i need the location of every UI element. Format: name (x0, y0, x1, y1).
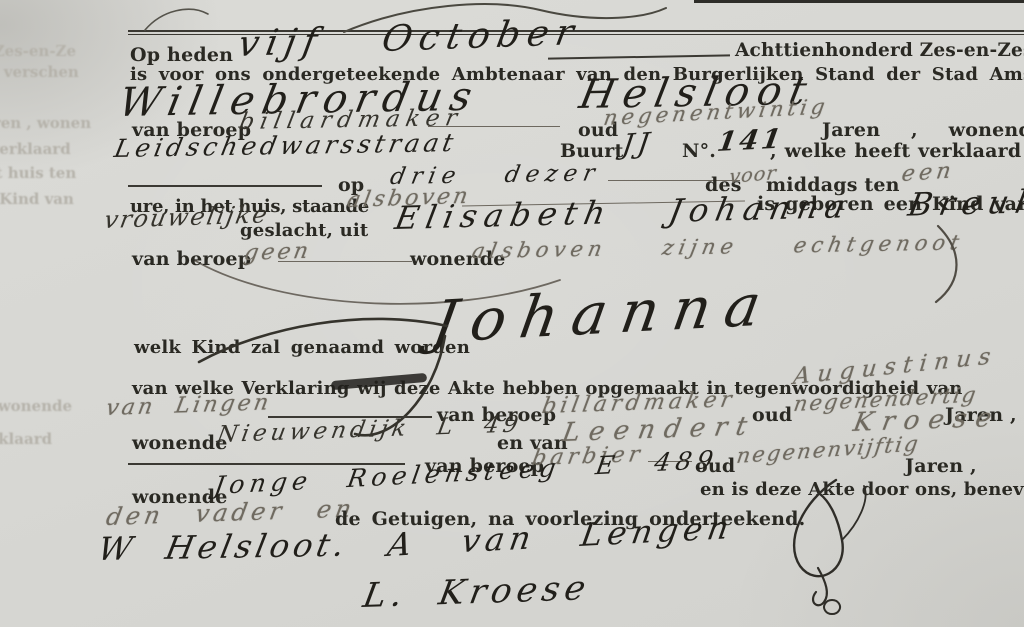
printed-buurt: Buurt (560, 140, 623, 162)
printed-jaren-2: Jaren , (905, 455, 977, 477)
bleedthrough-fragment: d Zes-en-Ze (0, 42, 76, 60)
signature-father: W Helsloot. (95, 526, 352, 568)
bleedthrough-fragment: Jaren , wonen (0, 114, 91, 132)
hw-mother-residence: alsboven zijne echtgenoot (470, 230, 966, 263)
printed-year: Achttienhonderd Zes-en-Zestig, (735, 40, 1024, 61)
registrar-paraph-signature (772, 476, 912, 621)
signature-witness2: L. Kroese (360, 568, 594, 616)
printed-geslacht-uit: geslacht, uit (240, 220, 368, 241)
bleedthrough-fragment: verklaard (0, 430, 52, 448)
printed-wonende-2: wonende (132, 432, 228, 454)
printed-welke-verklaard: , welke heeft verklaard dat (770, 140, 1024, 162)
bleedthrough-fragment: heeft verklaard (0, 140, 71, 158)
hw-date: vijf October (235, 12, 584, 65)
bleedthrough-fragment: dam , verschen (0, 63, 79, 81)
birth-certificate-page: d Zes-en-Ze dam , verschen Jaren , wonen… (0, 0, 1024, 627)
printed-no-label: N°. (682, 140, 716, 162)
closing-paren-flourish (928, 222, 970, 306)
bleedthrough-fragment: een Kind van (0, 190, 74, 208)
hw-buurt-code: JJ (620, 126, 656, 161)
hw-birth-hour: een (900, 158, 956, 187)
printed-jaren-wonende: Jaren , wonende (822, 119, 1024, 141)
printed-van-beroep-2: van beroep (132, 248, 251, 270)
date-fill-line (548, 54, 730, 59)
printed-op-heden: Op heden (130, 44, 233, 66)
occupation-fill-line (428, 126, 560, 127)
birth-fill-line-left (128, 185, 322, 187)
hw-declarant-address: Leidschedwarsstraat (112, 128, 460, 163)
occupation2-fill-line (278, 261, 412, 262)
bleedthrough-fragment: m het huis ten (0, 164, 76, 182)
bleedthrough-fragment: aren , wonende (0, 397, 72, 415)
top-edge-rule (694, 0, 1024, 3)
